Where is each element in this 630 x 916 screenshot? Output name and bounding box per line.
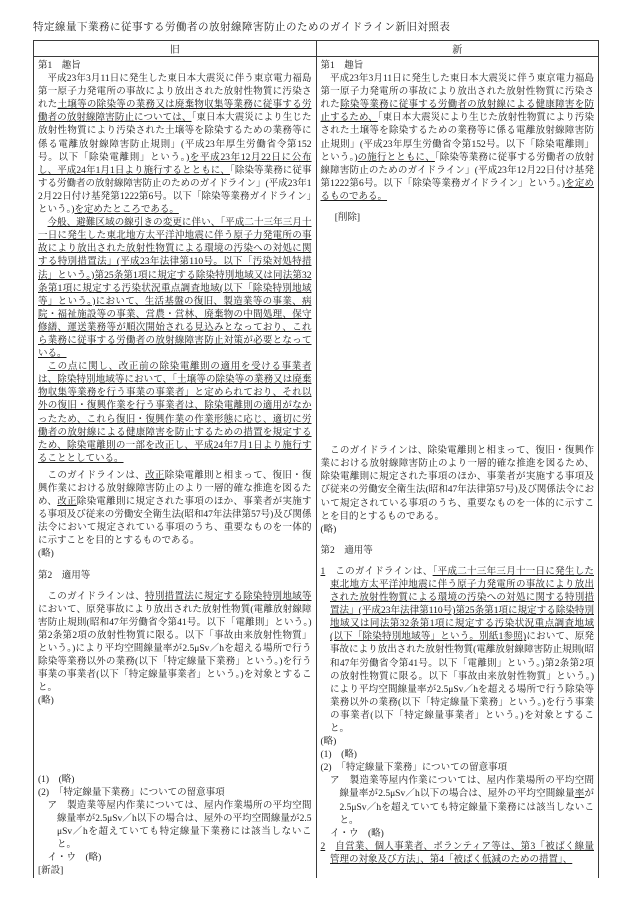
old-item-2-a: ア 製造業等屋内作業については、屋内作業場所の平均空間線量率が2.5μSv／h以… (38, 800, 312, 852)
text-run (325, 842, 335, 852)
omission-note: (略) (38, 695, 312, 708)
text-run: (略) (38, 696, 54, 706)
newly-established-note: [新設] (38, 865, 312, 878)
vertical-gap (38, 562, 312, 570)
table-body-row: 第1 趣旨平成23年3月11日に発生した東日本大震災に伴う東京電力福島第一原子力… (34, 57, 599, 879)
old-column-cell: 第1 趣旨平成23年3月11日に発生した東日本大震災に伴う東京電力福島第一原子力… (34, 57, 317, 879)
section-heading-2-new: 第2 適用等 (321, 545, 595, 558)
text-run: (略) (38, 549, 54, 559)
new-item-1-scope: 1 このガイドラインは、「平成二十三年三月十一日に発生した東北地方太平洋沖地震に… (321, 566, 595, 736)
section-heading-1-new: 第1 趣旨 (321, 60, 595, 73)
revised-text-run: を定めたところである。 (74, 205, 178, 215)
revised-text-run: 改正 (57, 497, 77, 507)
text-run: イ・ウ (略) (330, 829, 384, 839)
revised-text-run: 特別措置法に規定する除染特別地域等 (145, 592, 311, 602)
new-column-content: 第1 趣旨平成23年3月11日に発生した東日本大震災に伴う東京電力福島第一原子力… (321, 60, 595, 867)
new-item-2-volunteers: 2 自営業、個人事業者、ボランティア等は、第3「被ばく線量管理の対象及び方法」、… (321, 841, 595, 867)
text-run: ア 製造業等屋内作業については、屋内作業場所の平均空間線量率が2.5μSv／h以… (48, 801, 312, 850)
vertical-gap (321, 204, 595, 212)
vertical-gap (321, 558, 595, 566)
new-item-1-1: (1) (略) (321, 749, 595, 762)
text-run: [新設] (38, 866, 63, 876)
text-run: (1) (略) (321, 750, 357, 760)
old-paragraph-objective: このガイドラインは、改正除染電離則と相まって、復旧・復興作業における放射線障害防… (38, 470, 312, 549)
text-run: このガイドラインは、 (325, 567, 432, 577)
section-heading-1-old: 第1 趣旨 (38, 60, 312, 73)
revised-text-run: 自営業、個人事業者、ボランティア等は、第3「被ばく線量管理の対象及び方法」、第4… (330, 842, 594, 865)
old-column-header: 旧 (34, 41, 317, 57)
text-run: 第2 適用等 (38, 571, 90, 581)
text-run: このガイドラインは、 (48, 592, 146, 602)
new-column-cell: 第1 趣旨平成23年3月11日に発生した東日本大震災に伴う東京電力福島第一原子力… (316, 57, 599, 879)
text-run: (2) 「特定線量下業務」についての留意事項 (38, 788, 225, 798)
old-column-content: 第1 趣旨平成23年3月11日に発生した東日本大震災に伴う東京電力福島第一原子力… (38, 60, 312, 878)
text-run: 除染電離則に規定された事項のほか、事業者が実施する事項及び従来の労働安全衛生法(… (38, 497, 312, 546)
revised-text-run: この点に関し、改正前の除染電離則の適用を受ける事業者は、除染特別地域等において、… (38, 362, 312, 464)
old-paragraph-background: 今般、避難区域の線引きの変更に伴い、「平成二十三年三月十一日に発生した東北地方太… (38, 217, 312, 361)
old-item-2-iu: イ・ウ (略) (38, 852, 312, 865)
omission-note: (略) (321, 736, 595, 749)
deleted-note: [削除] (321, 212, 595, 225)
document-body: { "page": { "title": "特定線量下業務に従事する労働者の放射… (0, 0, 630, 916)
revised-text-run: の施行とともに、 (358, 153, 435, 163)
omission-note: (略) (38, 548, 312, 561)
old-paragraph-scope: このガイドラインは、特別措置法に規定する除染特別地域等において、原発事故により放… (38, 591, 312, 696)
old-new-comparison-table: 旧 新 第1 趣旨平成23年3月11日に発生した東日本大震災に伴う東京電力福島第… (33, 40, 599, 878)
text-run: 第1 趣旨 (38, 61, 81, 71)
vertical-gap (321, 225, 595, 445)
new-item-1-2: (2) 「特定線量下業務」についての留意事項 (321, 762, 595, 775)
text-run: 第1 趣旨 (321, 61, 364, 71)
new-item-1-2-iu: イ・ウ (略) (321, 828, 595, 841)
old-item-2: (2) 「特定線量下業務」についての留意事項 (38, 787, 312, 800)
section-heading-2-old: 第2 適用等 (38, 570, 312, 583)
vertical-gap (38, 583, 312, 591)
text-run: (1) (略) (38, 775, 74, 785)
revised-text-run: 改正 (145, 471, 165, 481)
text-run: ア 製造業等屋内作業については、屋内作業場所の平均空間線量率が2.5μSv／h以… (330, 776, 594, 799)
new-item-1-2-a: ア 製造業等屋内作業については、屋内作業場所の平均空間線量率が2.5μSv／h以… (321, 775, 595, 827)
new-column-header: 新 (316, 41, 599, 57)
text-run: このガイドラインは、除染電離則と相まって、復旧・復興作業における放射線障害防止の… (321, 446, 595, 521)
document-page: 特定線量下業務に従事する労働者の放射線障害防止のためのガイドライン新旧対照表 旧… (0, 0, 630, 916)
text-run: (略) (321, 737, 337, 747)
vertical-gap (321, 537, 595, 545)
table-header-row: 旧 新 (34, 41, 599, 57)
old-item-1: (1) (略) (38, 774, 312, 787)
text-run: において、原発事故により放出された放射性物質(電離放射線障害防止規則(昭和47年… (330, 632, 594, 734)
omission-note: (略) (321, 524, 595, 537)
new-paragraph-objective: このガイドラインは、除染電離則と相まって、復旧・復興作業における放射線障害防止の… (321, 445, 595, 524)
old-paragraph-purpose: 平成23年3月11日に発生した東日本大震災に伴う東京電力福島第一原子力発電所の事… (38, 73, 312, 217)
text-run: このガイドラインは、 (48, 471, 146, 481)
text-run: [削除] (335, 213, 360, 223)
new-paragraph-purpose: 平成23年3月11日に発生した東日本大震災に伴う東京電力福島第一原子力発電所の事… (321, 73, 595, 204)
revised-text-run: 今般、避難区域の線引きの変更に伴い、「平成二十三年三月十一日に発生した東北地方太… (38, 218, 312, 359)
text-run: (2) 「特定線量下業務」についての留意事項 (321, 763, 508, 773)
old-paragraph-revision-reason: この点に関し、改正前の除染電離則の適用を受ける事業者は、除染特別地域等において、… (38, 361, 312, 466)
vertical-gap (38, 709, 312, 774)
text-run: において、原発事故により放出された放射性物質(電離放射線障害防止規則(昭和47年… (38, 605, 312, 694)
text-run: イ・ウ (略) (48, 853, 102, 863)
document-title: 特定線量下業務に従事する労働者の放射線障害防止のためのガイドライン新旧対照表 (33, 19, 593, 34)
text-run: (略) (321, 525, 337, 535)
text-run: 第2 適用等 (321, 546, 373, 556)
